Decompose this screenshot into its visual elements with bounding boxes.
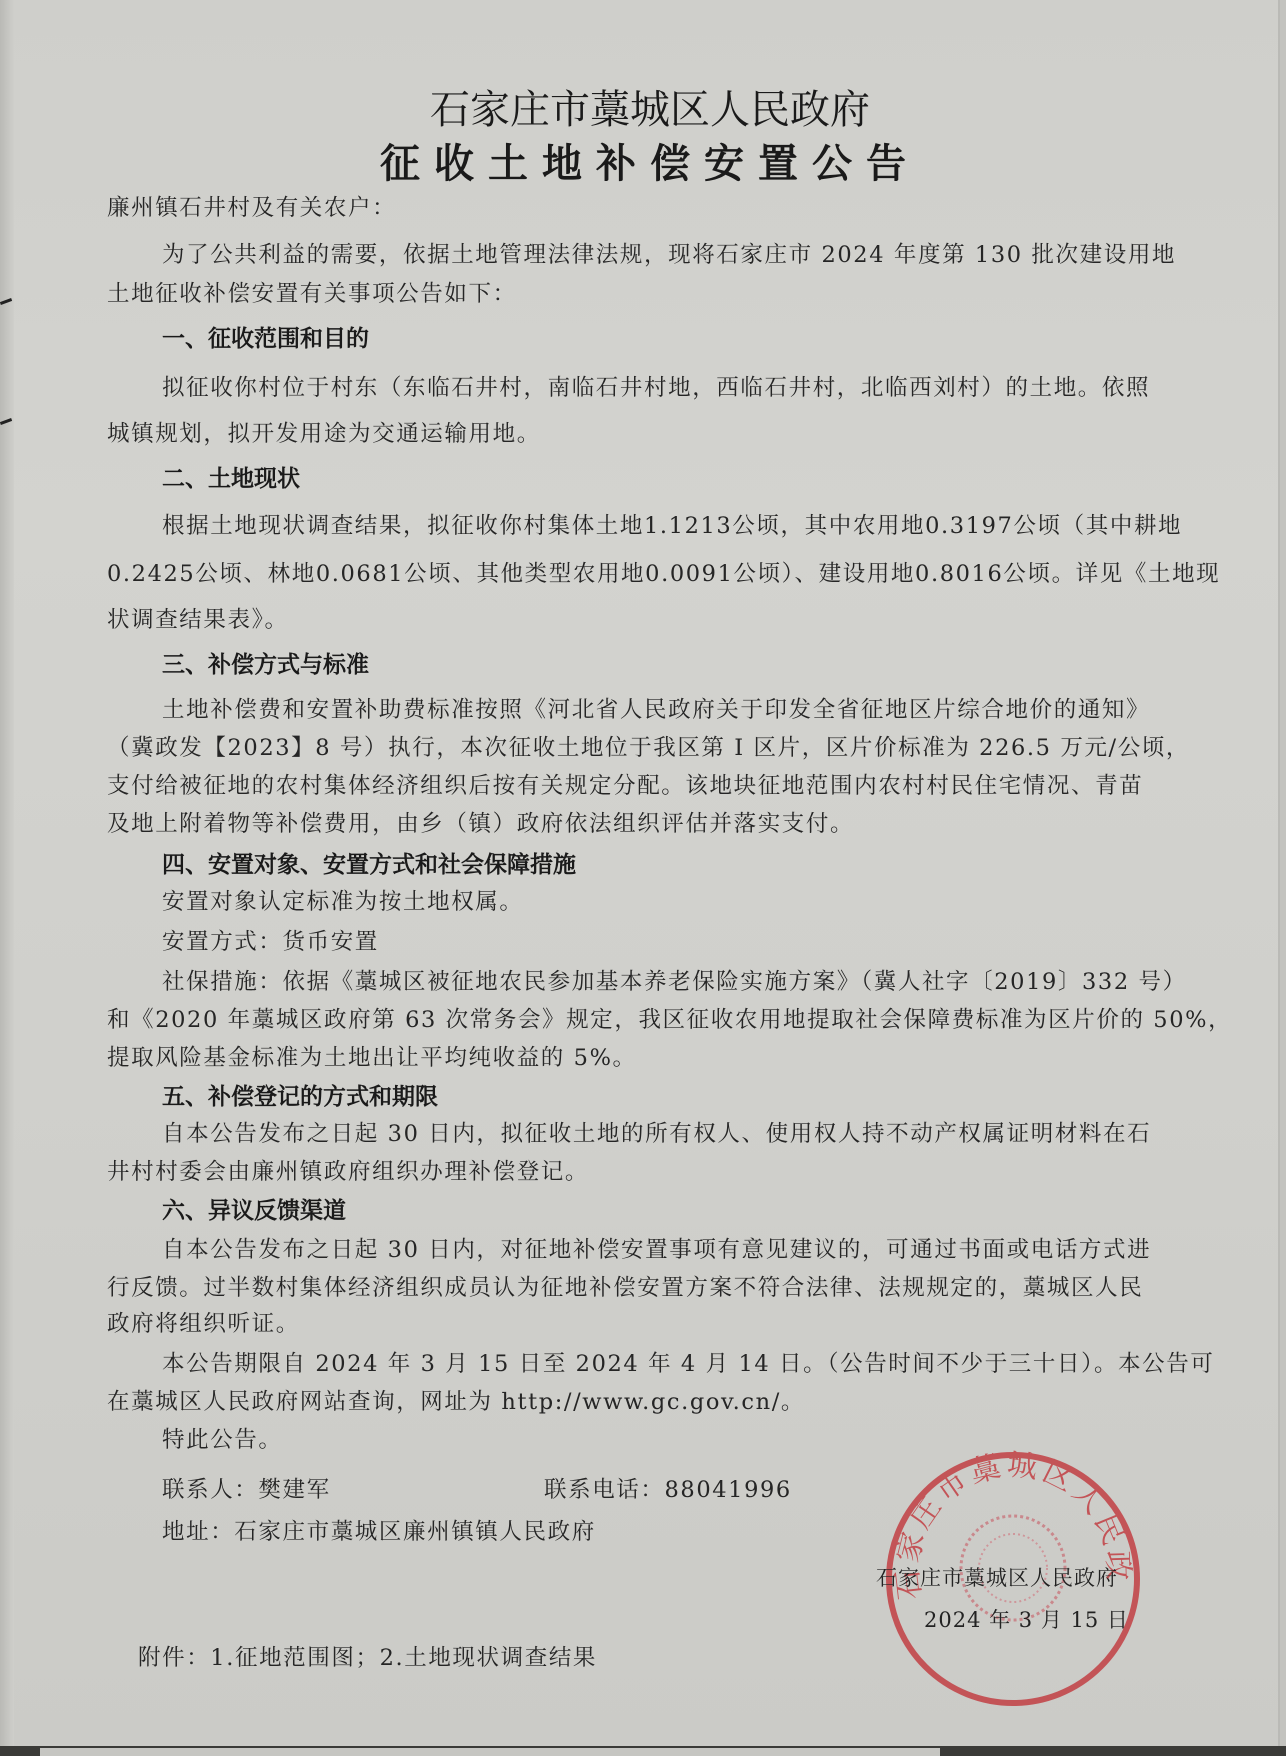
section-5-line: 井村村委会由廉州镇政府组织办理补偿登记。 — [107, 1154, 589, 1186]
section-3-line: 及地上附着物等补偿费用，由乡（镇）政府依法组织评估并落实支付。 — [107, 806, 854, 838]
section-3-line: 土地补偿费和安置补助费标准按照《河北省人民政府关于印发全省征地区片综合地价的通知… — [162, 692, 1150, 724]
section-4-line: 和《2020 年藁城区政府第 63 次常务会》规定，我区征收农用地提取社会保障费… — [107, 1002, 1232, 1034]
intro-line: 土地征收补偿安置有关事项公告如下： — [107, 276, 517, 308]
contact-phone: 联系电话：88041996 — [544, 1472, 792, 1504]
section-4-line: 安置方式：货币安置 — [162, 924, 379, 956]
left-page-edge — [0, 0, 15, 1756]
section-6-line: 政府将组织听证。 — [107, 1306, 300, 1338]
contact-person: 联系人：樊建军 — [162, 1472, 331, 1504]
contact-address: 地址：石家庄市藁城区廉州镇镇人民政府 — [162, 1514, 596, 1546]
right-page-edge — [1278, 0, 1280, 1748]
section-5-line: 自本公告发布之日起 30 日内，拟征收土地的所有权人、使用权人持不动产权属证明材… — [162, 1116, 1151, 1148]
notice-paper: 石家庄市藁城区人民政府 征收土地补偿安置公告 廉州镇石井村及有关农户： 为了公共… — [14, 0, 1286, 1748]
document-photo: 石家庄市藁城区人民政府 征收土地补偿安置公告 廉州镇石井村及有关农户： 为了公共… — [0, 0, 1286, 1756]
section-6-line: 行反馈。过半数村集体经济组织成员认为征地补偿安置方案不符合法律、法规规定的，藁城… — [107, 1270, 1143, 1302]
signature-date: 2024 年 3 月 15 日 — [924, 1604, 1129, 1634]
under-sheet-edge — [40, 1748, 940, 1756]
addressee: 廉州镇石井村及有关农户： — [107, 190, 396, 222]
closing-text: 特此公告。 — [162, 1422, 283, 1454]
section-heading-2: 二、土地现状 — [162, 460, 300, 493]
edge-mark — [0, 298, 12, 305]
attachments: 附件：1.征地范围图；2.土地现状调查结果 — [138, 1640, 597, 1672]
section-2-line: 状调查结果表》。 — [107, 602, 289, 634]
issuer-title: 石家庄市藁城区人民政府 — [14, 78, 1286, 135]
signature-org: 石家庄市藁城区人民政府 — [876, 1562, 1118, 1592]
notice-title: 征收土地补偿安置公告 — [14, 132, 1286, 189]
section-heading-4: 四、安置对象、安置方式和社会保障措施 — [162, 846, 576, 879]
section-heading-6: 六、异议反馈渠道 — [162, 1192, 346, 1225]
section-2-line: 根据土地现状调查结果，拟征收你村集体土地1.1213公顷，其中农用地0.3197… — [162, 508, 1182, 540]
section-heading-5: 五、补偿登记的方式和期限 — [162, 1078, 438, 1111]
section-3-line: （冀政发【2023】8 号）执行，本次征收土地位于我区第 I 区片，区片价标准为… — [107, 730, 1190, 762]
section-1-line: 城镇规划，拟开发用途为交通运输用地。 — [107, 416, 541, 448]
section-heading-3: 三、补偿方式与标准 — [162, 646, 369, 679]
section-3-line: 支付给被征地的农村集体经济组织后按有关规定分配。该地块征地范围内农村村民住宅情况… — [107, 768, 1143, 800]
period-line: 本公告期限自 2024 年 3 月 15 日至 2024 年 4 月 14 日。… — [162, 1346, 1214, 1378]
section-6-line: 自本公告发布之日起 30 日内，对征地补偿安置事项有意见建议的，可通过书面或电话… — [162, 1232, 1151, 1264]
section-2-line: 0.2425公顷、林地0.0681公顷、其他类型农用地0.0091公顷）、建设用… — [107, 556, 1220, 588]
section-4-line: 安置对象认定标准为按土地权属。 — [162, 884, 524, 916]
section-4-line: 提取风险基金标准为土地出让平均纯收益的 5%。 — [107, 1040, 637, 1072]
section-heading-1: 一、征收范围和目的 — [162, 320, 369, 353]
edge-mark — [0, 418, 12, 425]
section-4-line: 社保措施：依据《藁城区被征地农民参加基本养老保险实施方案》（冀人社字〔2019〕… — [162, 964, 1187, 996]
period-line: 在藁城区人民政府网站查询，网址为 http://www.gc.gov.cn/。 — [107, 1384, 805, 1416]
intro-line: 为了公共利益的需要，依据土地管理法律法规，现将石家庄市 2024 年度第 130… — [162, 237, 1176, 269]
section-1-line: 拟征收你村位于村东（东临石井村，南临石井村地，西临石井村，北临西刘村）的土地。依… — [162, 370, 1150, 402]
